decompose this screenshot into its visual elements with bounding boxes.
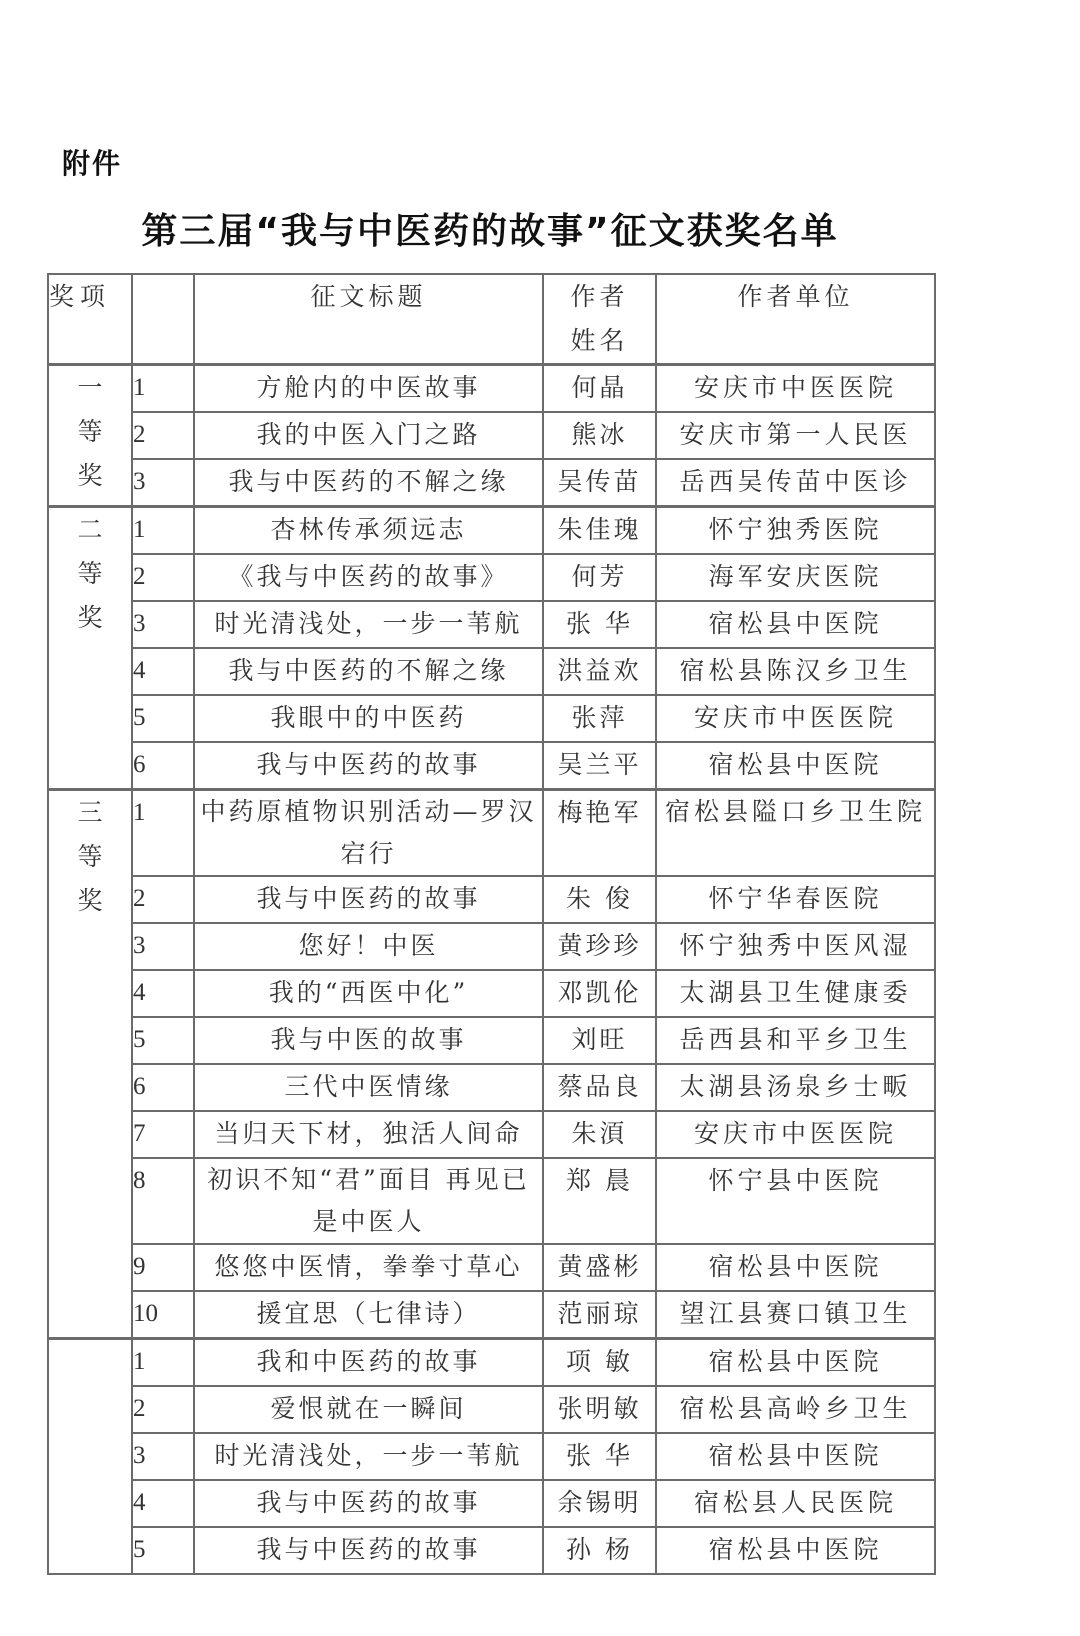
author-name: 朱佳瑰 (543, 507, 656, 555)
essay-title: 我眼中的中医药 (194, 695, 543, 742)
table-row: 4 我的“西医中化” 邓凯伦 太湖县卫生健康委 (48, 970, 935, 1017)
table-row: 3 我与中医药的不解之缘 吴传苗 岳西吴传苗中医诊 (48, 459, 935, 507)
author-name: 张明敏 (543, 1386, 656, 1433)
column-header-award: 奖项 (48, 274, 132, 365)
table-row: 二 等 奖 1 杏林传承须远志 朱佳瑰 怀宁独秀医院 (48, 507, 935, 555)
row-number: 5 (132, 695, 194, 742)
author-unit: 宿松县中医院 (656, 1433, 935, 1480)
essay-title: 三代中医情缘 (194, 1064, 543, 1111)
row-number: 5 (132, 1017, 194, 1064)
author-name: 何晶 (543, 365, 656, 413)
author-name: 朱湏 (543, 1111, 656, 1158)
author-unit: 安庆市中医医院 (656, 695, 935, 742)
essay-title: 《我与中医药的故事》 (194, 554, 543, 601)
table-row: 7 当归天下材，独活人间命 朱湏 安庆市中医医院 (48, 1111, 935, 1158)
row-number: 2 (132, 412, 194, 459)
author-name: 邓凯伦 (543, 970, 656, 1017)
row-number: 3 (132, 923, 194, 970)
row-number: 1 (132, 507, 194, 555)
award-grade-unlabeled (48, 1339, 132, 1575)
author-name: 吴传苗 (543, 459, 656, 507)
column-header-essay-title: 征文标题 (194, 274, 543, 365)
table-row: 3 您好！中医 黄珍珍 怀宁独秀中医风湿 (48, 923, 935, 970)
essay-title: 我与中医药的不解之缘 (194, 459, 543, 507)
essay-title: 我与中医药的故事 (194, 742, 543, 790)
essay-title: 我与中医药的故事 (194, 1527, 543, 1574)
essay-title: 悠悠中医情，拳拳寸草心 (194, 1244, 543, 1291)
essay-title: 爱恨就在一瞬间 (194, 1386, 543, 1433)
author-unit: 宿松县中医院 (656, 1339, 935, 1387)
column-header-author-unit: 作者单位 (656, 274, 935, 365)
essay-title: 中药原植物识别活动—罗汉宕行 (194, 790, 543, 877)
table-row: 2 我与中医药的故事 朱 俊 怀宁华春医院 (48, 876, 935, 923)
row-number: 1 (132, 790, 194, 877)
author-unit: 安庆市中医医院 (656, 1111, 935, 1158)
essay-title: 时光清浅处，一步一苇航 (194, 601, 543, 648)
author-unit: 安庆市中医医院 (656, 365, 935, 413)
row-number: 2 (132, 1386, 194, 1433)
row-number: 3 (132, 1433, 194, 1480)
author-unit: 怀宁独秀医院 (656, 507, 935, 555)
author-name: 余锡明 (543, 1480, 656, 1527)
author-unit: 宿松县中医院 (656, 1527, 935, 1574)
table-row: 2 我的中医入门之路 熊冰 安庆市第一人民医 (48, 412, 935, 459)
row-number: 6 (132, 742, 194, 790)
award-grade-first: 一 等 奖 (48, 365, 132, 507)
row-number: 2 (132, 876, 194, 923)
author-unit: 宿松县陈汉乡卫生 (656, 648, 935, 695)
author-unit: 海军安庆医院 (656, 554, 935, 601)
essay-title: 时光清浅处，一步一苇航 (194, 1433, 543, 1480)
essay-title: 当归天下材，独活人间命 (194, 1111, 543, 1158)
author-unit: 太湖县卫生健康委 (656, 970, 935, 1017)
author-unit: 怀宁县中医院 (656, 1158, 935, 1244)
row-number: 10 (132, 1291, 194, 1339)
essay-title: 您好！中医 (194, 923, 543, 970)
essay-title: 我与中医药的故事 (194, 876, 543, 923)
author-unit: 岳西吴传苗中医诊 (656, 459, 935, 507)
essay-title: 我与中医的故事 (194, 1017, 543, 1064)
author-unit: 太湖县汤泉乡士畈 (656, 1064, 935, 1111)
essay-title: 初识不知“君”面目 再见已是中医人 (194, 1158, 543, 1244)
essay-title: 我和中医药的故事 (194, 1339, 543, 1387)
row-number: 2 (132, 554, 194, 601)
table-row: 6 三代中医情缘 蔡品良 太湖县汤泉乡士畈 (48, 1064, 935, 1111)
document-title: 第三届“我与中医药的故事”征文获奖名单 (0, 203, 980, 254)
table-row: 5 我眼中的中医药 张萍 安庆市中医医院 (48, 695, 935, 742)
essay-title: 杏林传承须远志 (194, 507, 543, 555)
row-number: 5 (132, 1527, 194, 1574)
table-row: 一 等 奖 1 方舱内的中医故事 何晶 安庆市中医医院 (48, 365, 935, 413)
row-number: 3 (132, 459, 194, 507)
row-number: 1 (132, 365, 194, 413)
column-header-number (132, 274, 194, 365)
author-name: 范丽琼 (543, 1291, 656, 1339)
author-unit: 宿松县人民医院 (656, 1480, 935, 1527)
table-row: 6 我与中医药的故事 吴兰平 宿松县中医院 (48, 742, 935, 790)
author-name: 张 华 (543, 601, 656, 648)
row-number: 6 (132, 1064, 194, 1111)
row-number: 1 (132, 1339, 194, 1387)
author-unit: 怀宁华春医院 (656, 876, 935, 923)
table-row: 10 援宜思（七律诗） 范丽琼 望江县赛口镇卫生 (48, 1291, 935, 1339)
row-number: 8 (132, 1158, 194, 1244)
author-unit: 宿松县隘口乡卫生院 (656, 790, 935, 877)
author-unit: 宿松县高岭乡卫生 (656, 1386, 935, 1433)
author-unit: 望江县赛口镇卫生 (656, 1291, 935, 1339)
author-unit: 安庆市第一人民医 (656, 412, 935, 459)
author-name: 洪益欢 (543, 648, 656, 695)
table-row: 3 时光清浅处，一步一苇航 张 华 宿松县中医院 (48, 601, 935, 648)
author-name: 梅艳军 (543, 790, 656, 877)
author-name: 朱 俊 (543, 876, 656, 923)
table-row: 9 悠悠中医情，拳拳寸草心 黄盛彬 宿松县中医院 (48, 1244, 935, 1291)
essay-title: 援宜思（七律诗） (194, 1291, 543, 1339)
table-row: 2 爱恨就在一瞬间 张明敏 宿松县高岭乡卫生 (48, 1386, 935, 1433)
table-row: 4 我与中医药的不解之缘 洪益欢 宿松县陈汉乡卫生 (48, 648, 935, 695)
author-name: 熊冰 (543, 412, 656, 459)
table-row: 8 初识不知“君”面目 再见已是中医人 郑 晨 怀宁县中医院 (48, 1158, 935, 1244)
table-row: 2 《我与中医药的故事》 何芳 海军安庆医院 (48, 554, 935, 601)
attachment-label: 附件 (62, 142, 122, 182)
author-unit: 宿松县中医院 (656, 601, 935, 648)
author-name: 黄珍珍 (543, 923, 656, 970)
author-name: 吴兰平 (543, 742, 656, 790)
row-number: 3 (132, 601, 194, 648)
essay-title: 我与中医药的不解之缘 (194, 648, 543, 695)
essay-title: 方舱内的中医故事 (194, 365, 543, 413)
author-unit: 宿松县中医院 (656, 1244, 935, 1291)
author-name: 何芳 (543, 554, 656, 601)
author-name: 黄盛彬 (543, 1244, 656, 1291)
author-name: 刘旺 (543, 1017, 656, 1064)
author-name: 项 敏 (543, 1339, 656, 1387)
award-grade-third: 三 等 奖 (48, 790, 132, 1339)
award-grade-second: 二 等 奖 (48, 507, 132, 790)
award-list-table: 奖项 征文标题 作者姓名 作者单位 一 等 奖 1 方舱内的中医故事 何晶 安庆… (47, 273, 936, 1575)
author-unit: 宿松县中医院 (656, 742, 935, 790)
row-number: 4 (132, 648, 194, 695)
essay-title: 我与中医药的故事 (194, 1480, 543, 1527)
table-header-row: 奖项 征文标题 作者姓名 作者单位 (48, 274, 935, 365)
column-header-author-name: 作者姓名 (543, 274, 656, 365)
author-name: 张萍 (543, 695, 656, 742)
author-unit: 岳西县和平乡卫生 (656, 1017, 935, 1064)
row-number: 4 (132, 970, 194, 1017)
row-number: 7 (132, 1111, 194, 1158)
table-row: 4 我与中医药的故事 余锡明 宿松县人民医院 (48, 1480, 935, 1527)
table-row: 5 我与中医的故事 刘旺 岳西县和平乡卫生 (48, 1017, 935, 1064)
table-row: 5 我与中医药的故事 孙 杨 宿松县中医院 (48, 1527, 935, 1574)
row-number: 4 (132, 1480, 194, 1527)
essay-title: 我的“西医中化” (194, 970, 543, 1017)
author-name: 郑 晨 (543, 1158, 656, 1244)
table-row: 3 时光清浅处，一步一苇航 张 华 宿松县中医院 (48, 1433, 935, 1480)
table-row: 1 我和中医药的故事 项 敏 宿松县中医院 (48, 1339, 935, 1387)
table-row: 三 等 奖 1 中药原植物识别活动—罗汉宕行 梅艳军 宿松县隘口乡卫生院 (48, 790, 935, 877)
author-name: 张 华 (543, 1433, 656, 1480)
author-name: 蔡品良 (543, 1064, 656, 1111)
author-unit: 怀宁独秀中医风湿 (656, 923, 935, 970)
author-name: 孙 杨 (543, 1527, 656, 1574)
essay-title: 我的中医入门之路 (194, 412, 543, 459)
row-number: 9 (132, 1244, 194, 1291)
